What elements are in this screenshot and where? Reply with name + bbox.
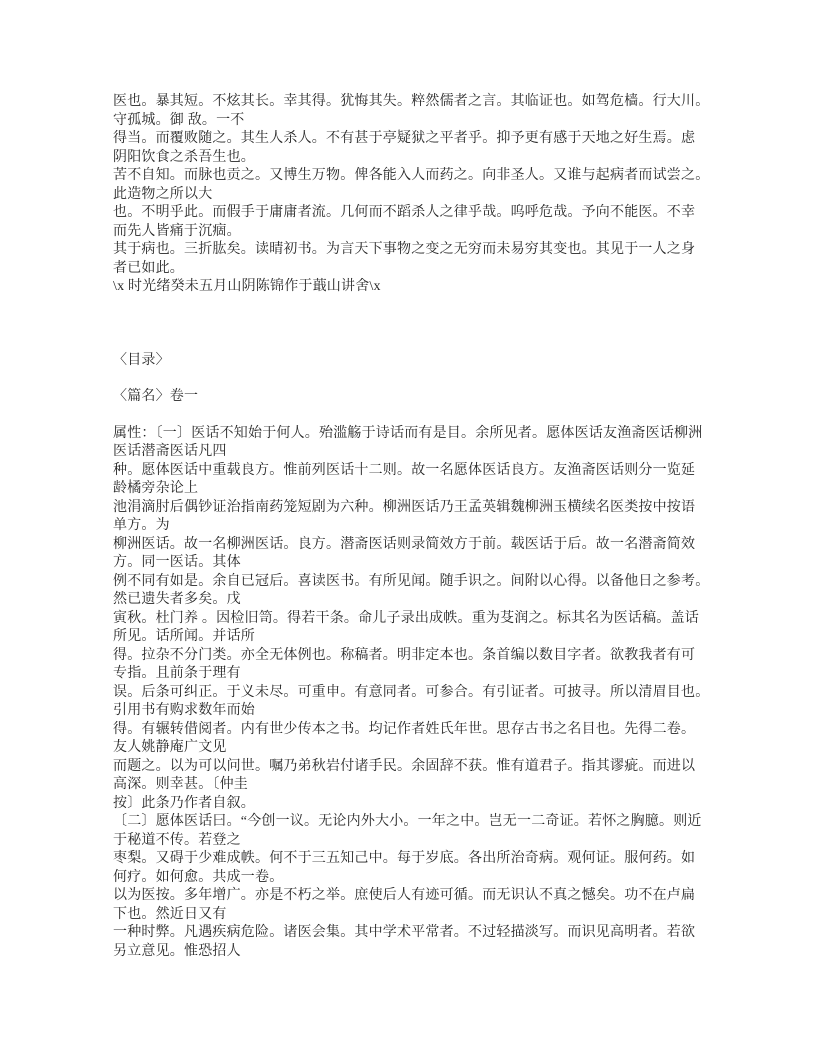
body-paragraph: 属性：〔一〕医话不知始于何人。殆滥觞于诗话而有是目。余所见者。愿体医话友渔斋医话… [113, 425, 773, 962]
document-page: 医也。暴其短。不炫其长。幸其得。犹悔其失。粹然儒者之言。其临证也。如驾危樯。行大… [0, 0, 816, 1056]
chapter-heading: 〈篇名〉卷一 [113, 388, 773, 407]
toc-heading: 〈目录〉 [113, 352, 773, 371]
preface-paragraph: 医也。暴其短。不炫其长。幸其得。犹悔其失。粹然儒者之言。其临证也。如驾危樯。行大… [113, 93, 773, 297]
page-content: 医也。暴其短。不炫其长。幸其得。犹悔其失。粹然儒者之言。其临证也。如驾危樯。行大… [113, 93, 773, 961]
